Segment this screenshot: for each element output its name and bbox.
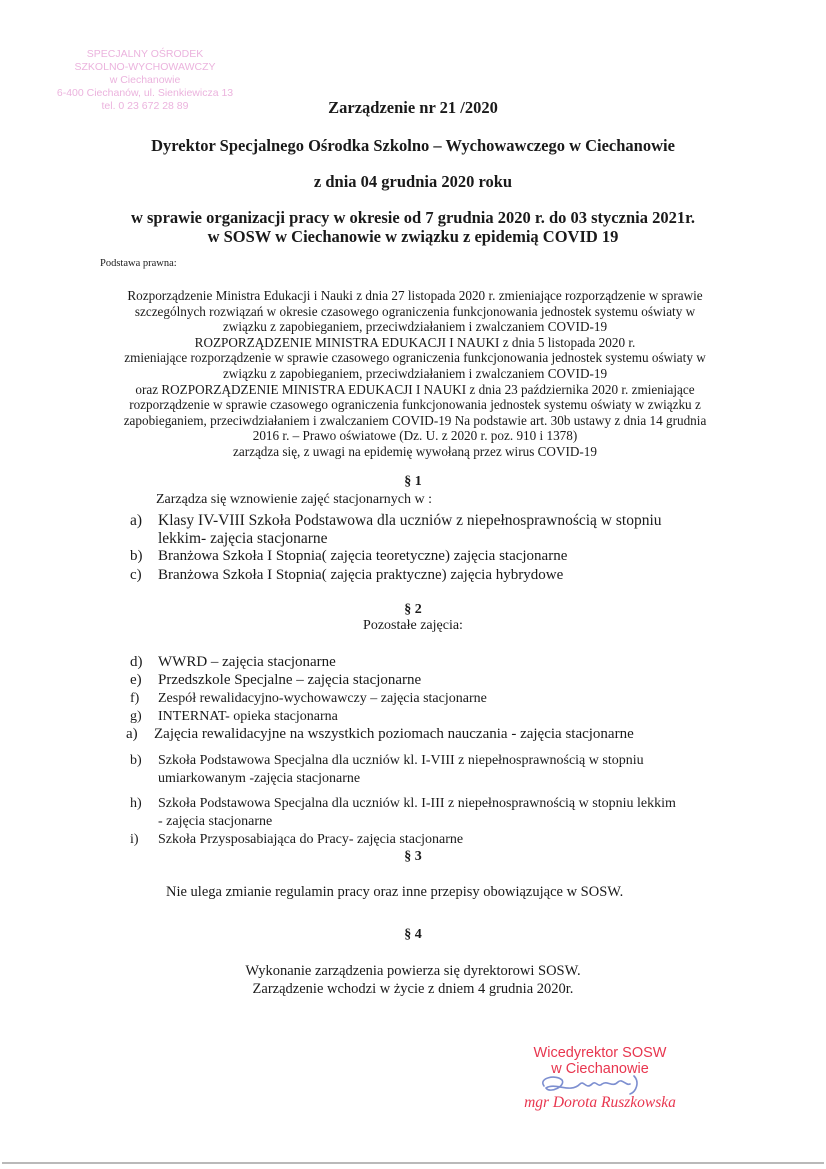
section-1-heading: § 1	[0, 474, 826, 490]
list-marker: b)	[130, 548, 143, 565]
stamp-line: SZKOLNO-WYCHOWAWCZY	[30, 61, 260, 74]
subject: w sprawie organizacji pracy w okresie od…	[0, 208, 826, 246]
list-text: Szkoła Podstawowa Specjalna dla uczniów …	[158, 795, 676, 812]
section-1-intro: Zarządza się wznowienie zajęć stacjonarn…	[156, 492, 432, 508]
issue-date: z dnia 04 grudnia 2020 roku	[0, 172, 826, 192]
page-bottom-edge	[2, 1162, 824, 1164]
signatory-name: mgr Dorota Ruszkowska	[500, 1094, 700, 1112]
list-marker: e)	[130, 672, 142, 689]
section-4-line: Zarządzenie wchodzi w życie z dniem 4 gr…	[0, 981, 826, 998]
subject-line: w SOSW w Ciechanowie w związku z epidemi…	[0, 227, 826, 246]
subject-line: w sprawie organizacji pracy w okresie od…	[0, 208, 826, 227]
legal-line: zarządza się, z uwagi na epidemię wywoła…	[100, 444, 730, 460]
section-3-heading: § 3	[0, 849, 826, 865]
list-text: umiarkowanym -zajęcia stacjonarne	[158, 770, 360, 787]
section-2-intro: Pozostałe zajęcia:	[0, 618, 826, 634]
legal-line: szczególnych rozwiązań w okresie czasowe…	[100, 304, 730, 320]
legal-line: rozporządzenie w sprawie czasowego ogran…	[100, 397, 730, 413]
legal-line: ROZPORZĄDZENIE MINISTRA EDUKACJI I NAUKI…	[100, 335, 730, 351]
legal-line: związku z zapobieganiem, przeciwdziałani…	[100, 319, 730, 335]
legal-basis-text: Rozporządzenie Ministra Edukacji i Nauki…	[100, 288, 730, 460]
list-text: - zajęcia stacjonarne	[158, 813, 272, 830]
list-marker: a)	[126, 726, 138, 743]
list-marker: b)	[130, 752, 142, 769]
list-marker: c)	[130, 567, 142, 584]
legal-line: oraz ROZPORZĄDZENIE MINISTRA EDUKACJI I …	[100, 382, 730, 398]
list-text: Szkoła Przysposabiająca do Pracy- zajęci…	[158, 831, 463, 848]
legal-line: związku z zapobieganiem, przeciwdziałani…	[100, 366, 730, 382]
document-title: Zarządzenie nr 21 /2020	[0, 98, 826, 118]
list-marker: d)	[130, 654, 143, 671]
list-text: Szkoła Podstawowa Specjalna dla uczniów …	[158, 752, 644, 769]
section-4-heading: § 4	[0, 927, 826, 943]
legal-basis-label: Podstawa prawna:	[100, 258, 177, 269]
legal-line: 2016 r. – Prawo oświatowe (Dz. U. z 2020…	[100, 428, 730, 444]
section-4-line: Wykonanie zarządzenia powierza się dyrek…	[0, 963, 826, 980]
list-text: Zajęcia rewalidacyjne na wszystkich pozi…	[154, 726, 634, 743]
list-text: Przedszkole Specjalne – zajęcia stacjona…	[158, 672, 421, 689]
list-text: lekkim- zajęcia stacjonarne	[158, 530, 328, 547]
list-text: Branżowa Szkoła I Stopnia( zajęcia prakt…	[158, 567, 563, 584]
list-text: Klasy IV-VIII Szkoła Podstawowa dla uczn…	[158, 512, 662, 529]
list-text: WWRD – zajęcia stacjonarne	[158, 654, 336, 671]
list-text: INTERNAT- opieka stacjonarna	[158, 708, 338, 725]
stamp-line: w Ciechanowie	[30, 74, 260, 87]
section-3-text: Nie ulega zmianie regulamin pracy oraz i…	[166, 884, 623, 901]
signature-title: Wicedyrektor SOSW	[500, 1045, 700, 1061]
list-marker: i)	[130, 831, 139, 848]
list-text: Branżowa Szkoła I Stopnia( zajęcia teore…	[158, 548, 567, 565]
issuer: Dyrektor Specjalnego Ośrodka Szkolno – W…	[0, 136, 826, 156]
section-2-heading: § 2	[0, 602, 826, 618]
legal-line: Rozporządzenie Ministra Edukacji i Nauki…	[100, 288, 730, 304]
list-marker: f)	[130, 690, 139, 707]
list-text: Zespół rewalidacyjno-wychowawczy – zajęc…	[158, 690, 487, 707]
list-marker: a)	[130, 512, 142, 529]
legal-line: zmieniające rozporządzenie w sprawie cza…	[100, 350, 730, 366]
list-marker: h)	[130, 795, 142, 812]
legal-line: zapobieganiem, przeciwdziałaniem i zwalc…	[100, 413, 730, 429]
list-marker: g)	[130, 708, 142, 725]
stamp-line: SPECJALNY OŚRODEK	[30, 48, 260, 61]
